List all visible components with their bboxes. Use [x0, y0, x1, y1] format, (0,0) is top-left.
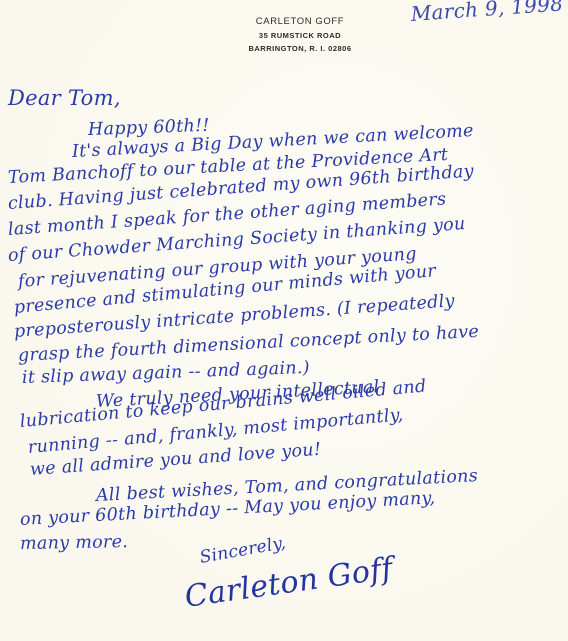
letterhead-city: BARRINGTON, R. I. 02806: [220, 44, 380, 53]
body-line: many more.: [20, 532, 129, 554]
letterhead: CARLETON GOFF 35 RUMSTICK ROAD BARRINGTO…: [220, 16, 380, 57]
salutation: Dear Tom,: [8, 86, 121, 110]
letterhead-street: 35 RUMSTICK ROAD: [220, 31, 380, 40]
letterhead-name: CARLETON GOFF: [220, 16, 380, 27]
